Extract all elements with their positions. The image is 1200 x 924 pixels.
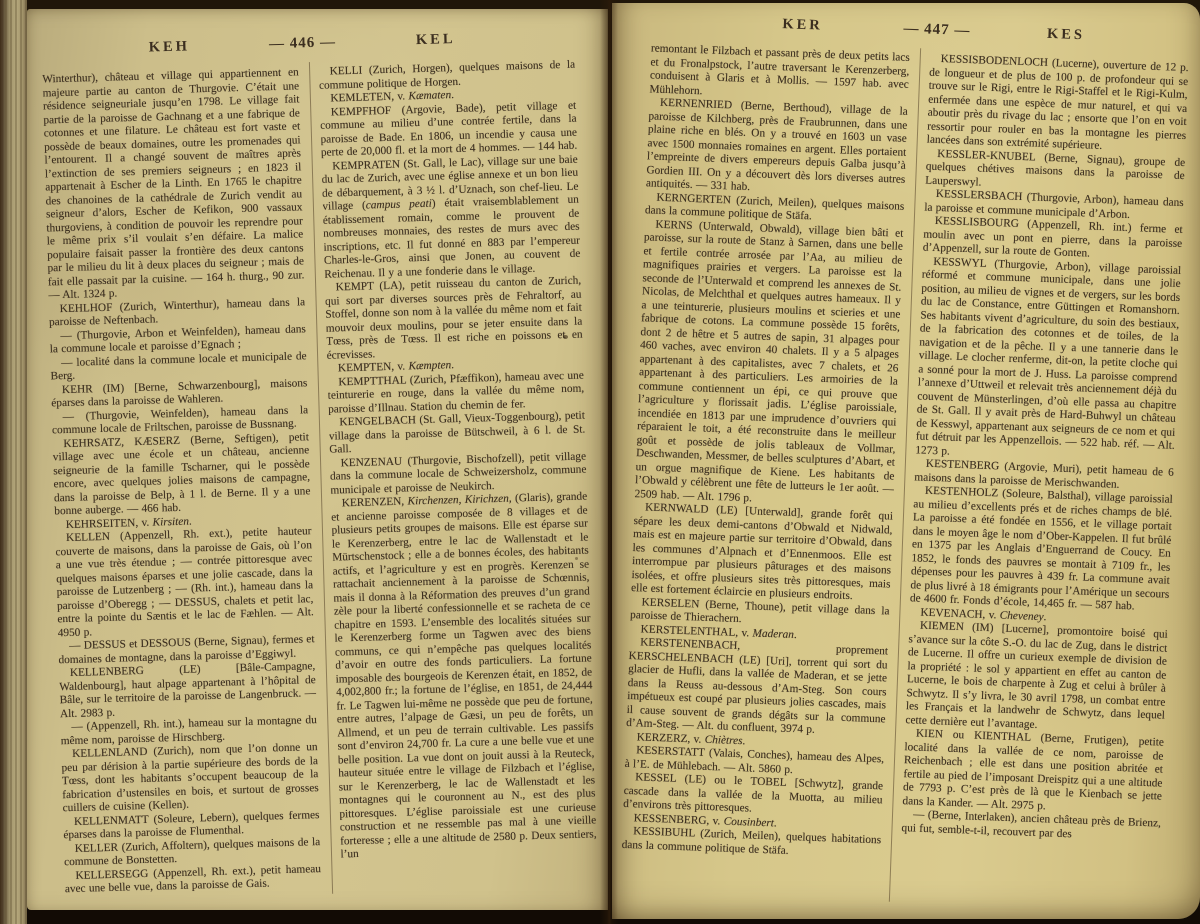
dictionary-entry: KERNENRIED (Berne, Berthoud), village de… (646, 96, 908, 200)
dictionary-entry: KEHRSATZ, KÆSERZ (Berne, Seftigen), peti… (52, 431, 311, 519)
page-number: — 446 — (269, 34, 336, 53)
text-column-left: Winterthur), château et village qui appa… (42, 66, 322, 901)
dictionary-entry: KESSISBODENLOCH (Lucerne), ouverture de … (927, 53, 1189, 157)
paper-speck (575, 557, 578, 560)
left-page-content: KEH — 446 — KEL Winterthur), château et … (27, 9, 608, 910)
running-head-right: KEL (416, 31, 456, 49)
dictionary-entry: KERNWALD (LE) [Unterwald], grande forêt … (631, 501, 893, 605)
dictionary-entry: Winterthur), château et village qui appa… (42, 66, 305, 303)
dictionary-entry: KEMPFHOF (Argovie, Bade), petit village … (320, 99, 578, 160)
text-columns: Winterthur), château et village qui appa… (42, 59, 598, 902)
left-page: KEH — 446 — KEL Winterthur), château et … (27, 9, 608, 910)
dictionary-entry: KEMPT (LA), petit ruisseau du canton de … (325, 275, 584, 363)
dictionary-entry: KESSWYL (Thurgovie, Arbon), village paro… (915, 255, 1181, 467)
text-column-right: KELLI (Zurich, Horgen), quelques maisons… (319, 59, 599, 894)
dictionary-entry: KENGELBACH (St. Gall, Vieux-Toggenbourg)… (328, 410, 586, 458)
running-head-left: KEH (148, 38, 190, 56)
dictionary-entry: KELLEN (Appenzell, Rh. ext.), petite hau… (55, 525, 314, 640)
right-page-content: KER — 447 — KES remontant le Filzbach et… (612, 3, 1200, 919)
dictionary-entry: KERSTENENBACH, proprement KERSCHELENBACH… (626, 636, 888, 740)
paper-speck (563, 335, 568, 339)
book-photo: KEH — 446 — KEL Winterthur), château et … (0, 0, 1200, 924)
dictionary-entry: KERNS (Unterwald, Obwald), village bien … (634, 218, 903, 511)
dictionary-entry: KELLENBERG (LE) [Bâle-Campagne, Waldenbo… (59, 660, 317, 721)
dictionary-entry: KIEMEN (IM) [Lucerne], promontoire boisé… (905, 619, 1168, 736)
dictionary-entry: KEMPRATEN (St. Gall, le Lac), village su… (321, 153, 581, 282)
dictionary-entry: KEMPTTHAL (Zurich, Pfæffikon), hameau av… (327, 369, 585, 417)
running-head-left: KER (782, 16, 823, 34)
dictionary-entry: KENZENAU (Thurgovie, Bischofzell), petit… (329, 450, 587, 498)
dictionary-entry: KELLENLAND (Zurich), nom que l’on donne … (61, 741, 319, 816)
page-number: — 447 — (903, 21, 971, 40)
text-column-left: remontant le Filzbach et passant près de… (620, 42, 910, 901)
gutter-shadow (600, 0, 618, 924)
dictionary-entry: KESTENHOLZ (Soleure, Balsthal), village … (910, 484, 1173, 615)
book-fore-edge (0, 0, 27, 924)
text-columns: remontant le Filzbach et passant près de… (620, 42, 1189, 911)
text-column-right: KESSISBODENLOCH (Lucerne), ouverture de … (899, 53, 1189, 912)
dictionary-entry: KERENZEN, Kirchenzen, Kirichzen, (Glaris… (331, 490, 598, 862)
running-head-right: KES (1047, 26, 1086, 44)
dictionary-entry: remontant le Filzbach et passant près de… (649, 42, 910, 105)
right-page: KER — 447 — KES remontant le Filzbach et… (612, 3, 1200, 919)
dictionary-entry: KIEN ou KIENTHAL (Berne, Frutigen), peti… (902, 727, 1164, 817)
